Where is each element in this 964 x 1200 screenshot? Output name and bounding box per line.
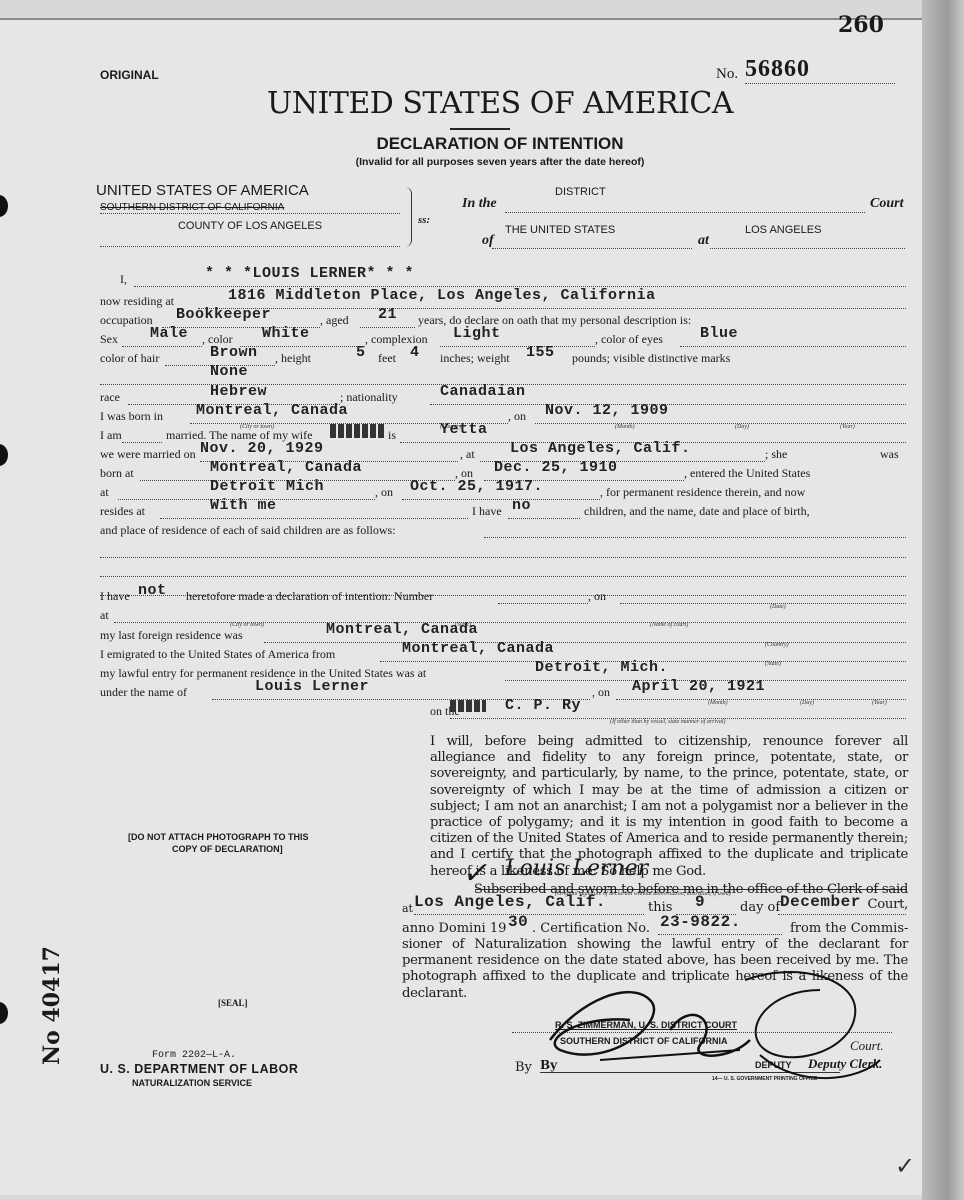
children-line-1 — [484, 537, 906, 538]
number-label: No. — [716, 66, 738, 83]
page-subtitle: DECLARATION OF INTENTION — [0, 134, 964, 154]
married-status-line — [122, 442, 162, 443]
struck-text — [330, 424, 385, 438]
page-number: 260 — [838, 12, 884, 38]
under-name-value: Louis Lerner — [255, 678, 369, 695]
checkmark-icon: ✓ — [895, 1152, 915, 1181]
day-value: 9 — [695, 893, 705, 911]
entry-date-value: April 20, 1921 — [632, 678, 765, 695]
validity-note: (Invalid for all purposes seven years af… — [0, 156, 964, 168]
entry-place-value: Detroit, Mich. — [535, 659, 668, 676]
venue-county: COUNTY OF LOS ANGELES — [100, 220, 400, 232]
children-label: I have — [472, 504, 502, 519]
children-followup: and place of residence of each of said c… — [100, 523, 396, 538]
children-count-value: no — [512, 497, 531, 514]
prior-number-line — [498, 603, 588, 604]
anno-label: anno Domini 19 — [402, 921, 506, 936]
prior-date-hint: (Date) — [770, 604, 786, 610]
page-title: UNITED STATES OF AMERICA — [0, 86, 964, 121]
sex-line — [122, 346, 202, 347]
prior-at-label: at — [100, 608, 109, 623]
venue-blank-line — [100, 246, 400, 247]
hint-day: (Day) — [735, 424, 749, 430]
clerk-signature — [520, 960, 900, 1090]
under-name-label: under the name of — [100, 685, 187, 700]
binder-hole — [0, 444, 8, 466]
marks-value: None — [210, 363, 248, 380]
last-res-line — [264, 642, 906, 643]
oath-paragraph: I will, before being admitted to citizen… — [430, 734, 908, 880]
wife-resides-value: With me — [210, 497, 277, 514]
stamp-number: No 40417 — [39, 905, 65, 1065]
born-date-value: Nov. 12, 1909 — [545, 402, 669, 419]
prior-court-hint: (Name of court) — [650, 622, 688, 628]
married-on-label: we were married on — [100, 447, 196, 462]
hair-label: color of hair — [100, 351, 159, 366]
sex-value: Male — [150, 325, 188, 342]
form-number: Form 2202—L-A. — [152, 1050, 236, 1061]
height-feet-value: 5 — [356, 344, 366, 361]
age-value: 21 — [378, 306, 397, 323]
married-is: is — [388, 428, 396, 443]
eyes-line — [680, 346, 906, 347]
entry-at-label: at — [100, 485, 109, 500]
last-res-label: my last foreign residence was — [100, 628, 243, 643]
binder-hole — [0, 195, 8, 217]
sworn-place-line — [414, 914, 644, 915]
department-label: U. S. DEPARTMENT OF LABOR — [100, 1062, 298, 1076]
court-at-line — [710, 248, 905, 249]
born-on-label: , on — [508, 409, 526, 424]
complexion-value: Light — [453, 325, 501, 342]
aged-label: , aged — [320, 313, 349, 328]
race-value: Hebrew — [210, 383, 267, 400]
vessel-value: C. P. Ry — [505, 697, 581, 714]
cert-label: . Certification No. — [532, 921, 650, 936]
struck-vessel-text — [450, 700, 486, 712]
hint-month: (Month) — [615, 424, 635, 430]
wife-born-date-value: Dec. 25, 1910 — [494, 459, 618, 476]
venue-brace — [405, 187, 412, 247]
prior-have-suffix: heretofore made a declaration of intenti… — [186, 589, 433, 604]
married-date-value: Nov. 20, 1929 — [200, 440, 324, 457]
prior-date-line — [620, 603, 906, 604]
feet-label: feet — [378, 351, 396, 366]
she-was-suffix: was — [880, 447, 899, 462]
copy-label: ORIGINAL — [100, 68, 159, 82]
wife-born-label: born at — [100, 466, 134, 481]
under-on-label: , on — [592, 685, 610, 700]
cert-no-line — [658, 934, 782, 935]
declarant-name: * * *LOUIS LERNER* * * — [205, 265, 414, 282]
month-line — [778, 914, 906, 915]
vessel-hint: (If other than by vessel, state manner o… — [610, 719, 725, 725]
binder-hole — [0, 1002, 8, 1024]
day-of-label: day of — [740, 900, 780, 915]
sworn-place-value: Los Angeles, Calif. — [414, 893, 606, 911]
of-label: of — [482, 233, 494, 249]
emigrated-value: Montreal, Canada — [402, 640, 554, 657]
married-at-label: , at — [460, 447, 475, 462]
prior-have-value: not — [138, 582, 167, 599]
wife-born-place-value: Montreal, Canada — [210, 459, 362, 476]
residence-value: 1816 Middleton Place, Los Angeles, Calif… — [228, 287, 656, 304]
married-prefix: I am — [100, 428, 122, 443]
photo-note-1: [DO NOT ATTACH PHOTOGRAPH TO THIS — [128, 832, 309, 842]
at-label: at — [698, 233, 709, 249]
height-label: , height — [275, 351, 311, 366]
cert-no-value: 23-9822. — [660, 913, 741, 931]
born-place-value: Montreal, Canada — [196, 402, 348, 419]
page-edge-shadow — [922, 0, 964, 1200]
age-line — [360, 327, 415, 328]
entry-date-line — [616, 699, 906, 700]
entry-suffix: , for permanent residence therein, and n… — [600, 485, 805, 500]
children-count-line — [508, 518, 580, 519]
height-inches-value: 4 — [410, 344, 420, 361]
prior-have-label: I have — [100, 589, 130, 604]
last-res-value: Montreal, Canada — [326, 621, 478, 638]
weight-value: 155 — [526, 344, 555, 361]
month-value: December — [780, 893, 861, 911]
court-type: DISTRICT — [555, 186, 606, 198]
seal-label: [SEAL] — [218, 998, 248, 1008]
venue-district: SOUTHERN DISTRICT OF CALIFORNIA — [100, 202, 400, 214]
nationality-value: Canadaian — [440, 383, 526, 400]
court-line — [505, 212, 865, 213]
children-suffix: children, and the name, date and place o… — [584, 504, 810, 519]
emigrated-label: I emigrated to the United States of Amer… — [100, 647, 335, 662]
document-page: 260 ORIGINAL No. 56860 UNITED STATES OF … — [0, 18, 925, 1195]
she-label: ; she — [765, 447, 787, 462]
weight-suffix: pounds; visible distinctive marks — [572, 351, 730, 366]
hint-state-4: (State) — [765, 661, 781, 667]
service-label: NATURALIZATION SERVICE — [132, 1078, 252, 1088]
occupation-label: occupation — [100, 313, 153, 328]
inches-label: inches; weight — [440, 351, 510, 366]
court-of: THE UNITED STATES — [505, 224, 615, 236]
prior-on-label: , on — [588, 589, 606, 604]
nationality-label: ; nationality — [340, 390, 398, 405]
wife-entry-date-line — [402, 499, 600, 500]
court-of-line — [492, 248, 692, 249]
hint-day-5: (Day) — [800, 700, 814, 706]
in-the-label: In the — [462, 196, 497, 212]
residing-label: now residing at — [100, 294, 174, 309]
children-line-2 — [100, 557, 906, 558]
entered-label: , entered the United States — [684, 466, 810, 481]
court-label: Court — [870, 196, 903, 212]
born-label: I was born in — [100, 409, 163, 424]
eyes-label: , color of eyes — [595, 332, 663, 347]
wife-entry-place-value: Detroit Mich — [210, 478, 324, 495]
wife-resides-line — [160, 518, 468, 519]
wife-name-value: Yetta — [440, 421, 488, 438]
occupation-value: Bookkeeper — [176, 306, 271, 323]
court-at: LOS ANGELES — [745, 224, 821, 236]
sworn-at-label: at — [402, 902, 413, 915]
declarant-signature: Louis Lerner — [505, 856, 648, 881]
eyes-value: Blue — [700, 325, 738, 342]
hint-month-5: (Month) — [708, 700, 728, 706]
venue-state: UNITED STATES OF AMERICA — [96, 182, 309, 199]
declaration-number: 56860 — [745, 56, 895, 84]
title-divider — [450, 128, 510, 130]
residence-line — [198, 308, 906, 309]
sex-label: Sex — [100, 332, 118, 347]
married-place-value: Los Angeles, Calif. — [510, 440, 691, 457]
photo-note-2: COPY OF DECLARATION] — [172, 844, 283, 854]
ss-label: ss: — [418, 214, 430, 226]
resides-label: resides at — [100, 504, 145, 519]
wife-entry-on: , on — [375, 485, 393, 500]
children-line-3 — [100, 576, 906, 577]
color-line — [240, 346, 365, 347]
cert-suffix: from the Commis- — [790, 921, 908, 936]
i-label: I, — [120, 272, 127, 287]
hint-year: (Year) — [840, 424, 855, 430]
hint-country-3: (Country) — [765, 642, 789, 648]
year-value: 30 — [508, 913, 528, 931]
wife-entry-date-value: Oct. 25, 1917. — [410, 478, 543, 495]
color-value: White — [262, 325, 310, 342]
hint-year-5: (Year) — [872, 700, 887, 706]
complexion-line — [440, 346, 595, 347]
race-label: race — [100, 390, 120, 405]
hair-value: Brown — [210, 344, 258, 361]
